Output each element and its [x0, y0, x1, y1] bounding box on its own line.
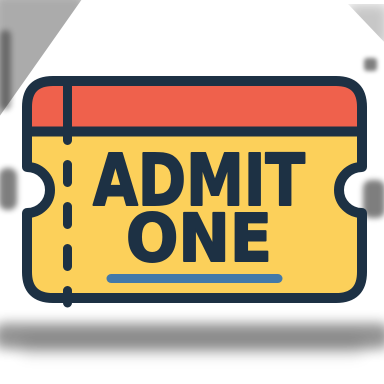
ticket-band — [27, 81, 362, 132]
icon-canvas: ADMIT ONE — [0, 0, 384, 384]
admit-one-ticket-icon: ADMIT ONE — [0, 0, 384, 384]
one-text: ONE — [126, 200, 272, 277]
